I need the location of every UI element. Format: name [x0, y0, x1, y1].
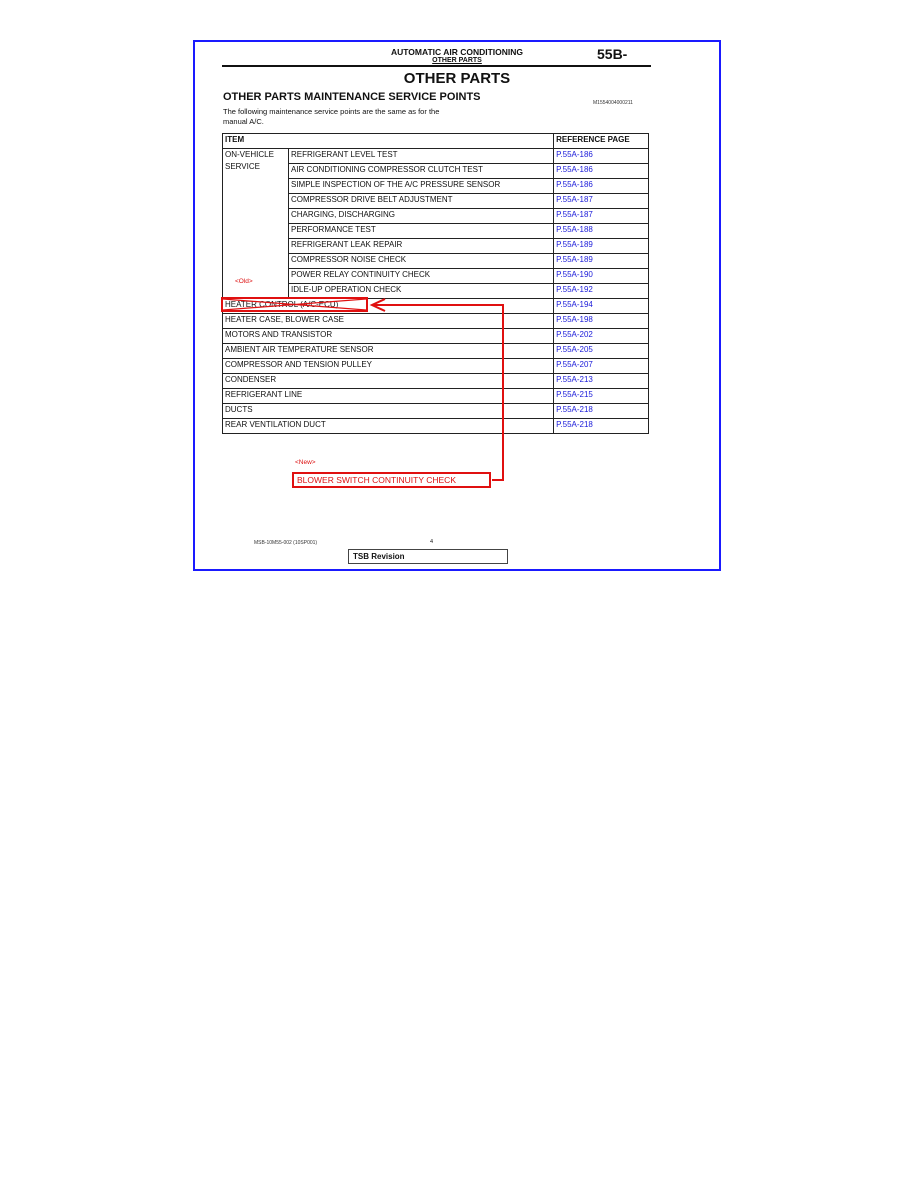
item-cell: CHARGING, DISCHARGING: [289, 209, 554, 224]
table-row: REAR VENTILATION DUCTP.55A-218: [223, 419, 649, 434]
footer-code: MSB-10M55-002 (10SP001): [254, 540, 317, 546]
intro-text: The following maintenance service points…: [223, 107, 453, 126]
item-cell: REAR VENTILATION DUCT: [223, 419, 554, 434]
header-title: AUTOMATIC AIR CONDITIONING: [195, 47, 719, 57]
new-label: <New>: [295, 459, 316, 466]
table-header-row: ITEM REFERENCE PAGE: [223, 134, 649, 149]
reference-link[interactable]: P.55A-218: [554, 419, 649, 434]
document-id: M1554004000211: [593, 100, 633, 106]
item-cell: SIMPLE INSPECTION OF THE A/C PRESSURE SE…: [289, 179, 554, 194]
section-number: 55B-: [597, 46, 627, 62]
item-cell: POWER RELAY CONTINUITY CHECK: [289, 269, 554, 284]
header-subtitle: OTHER PARTS: [195, 57, 719, 64]
table-row: CONDENSERP.55A-213: [223, 374, 649, 389]
old-label: <Old>: [235, 278, 253, 285]
item-cell: COMPRESSOR AND TENSION PULLEY: [223, 359, 554, 374]
item-cell: HEATER CASE, BLOWER CASE: [223, 314, 554, 329]
table-row: MOTORS AND TRANSISTORP.55A-202: [223, 329, 649, 344]
old-item-highlight: [221, 297, 368, 312]
reference-link[interactable]: P.55A-186: [554, 164, 649, 179]
item-cell: AIR CONDITIONING COMPRESSOR CLUTCH TEST: [289, 164, 554, 179]
item-cell: AMBIENT AIR TEMPERATURE SENSOR: [223, 344, 554, 359]
reference-link[interactable]: P.55A-194: [554, 299, 649, 314]
header-reference: REFERENCE PAGE: [554, 134, 649, 149]
item-cell: DUCTS: [223, 404, 554, 419]
reference-link[interactable]: P.55A-215: [554, 389, 649, 404]
table-body: ON-VEHICLE SERVICEREFRIGERANT LEVEL TEST…: [223, 149, 649, 434]
item-cell: REFRIGERANT LEAK REPAIR: [289, 239, 554, 254]
document-page: AUTOMATIC AIR CONDITIONING OTHER PARTS 5…: [193, 40, 721, 571]
reference-link[interactable]: P.55A-218: [554, 404, 649, 419]
tsb-revision-box: TSB Revision: [348, 549, 508, 564]
reference-link[interactable]: P.55A-202: [554, 329, 649, 344]
item-cell: MOTORS AND TRANSISTOR: [223, 329, 554, 344]
item-cell: COMPRESSOR NOISE CHECK: [289, 254, 554, 269]
reference-link[interactable]: P.55A-188: [554, 224, 649, 239]
reference-link[interactable]: P.55A-213: [554, 374, 649, 389]
section-title: OTHER PARTS MAINTENANCE SERVICE POINTS: [223, 91, 481, 103]
reference-link[interactable]: P.55A-189: [554, 239, 649, 254]
strikethrough-cross-icon: [223, 299, 366, 310]
table-row: COMPRESSOR AND TENSION PULLEYP.55A-207: [223, 359, 649, 374]
reference-link[interactable]: P.55A-186: [554, 149, 649, 164]
header-rule: [222, 65, 651, 67]
footer-page-number: 4: [430, 539, 433, 545]
reference-link[interactable]: P.55A-192: [554, 284, 649, 299]
reference-link[interactable]: P.55A-190: [554, 269, 649, 284]
item-cell: REFRIGERANT LINE: [223, 389, 554, 404]
table-row: REFRIGERANT LINEP.55A-215: [223, 389, 649, 404]
table-row: AMBIENT AIR TEMPERATURE SENSORP.55A-205: [223, 344, 649, 359]
table-row: DUCTSP.55A-218: [223, 404, 649, 419]
reference-link[interactable]: P.55A-205: [554, 344, 649, 359]
reference-link[interactable]: P.55A-198: [554, 314, 649, 329]
page-title: OTHER PARTS: [195, 70, 719, 87]
reference-link[interactable]: P.55A-186: [554, 179, 649, 194]
table-row: HEATER CASE, BLOWER CASEP.55A-198: [223, 314, 649, 329]
new-item-box: BLOWER SWITCH CONTINUITY CHECK: [292, 472, 491, 488]
item-cell: REFRIGERANT LEVEL TEST: [289, 149, 554, 164]
reference-link[interactable]: P.55A-187: [554, 209, 649, 224]
item-cell: PERFORMANCE TEST: [289, 224, 554, 239]
reference-link[interactable]: P.55A-187: [554, 194, 649, 209]
header-item: ITEM: [223, 134, 554, 149]
reference-link[interactable]: P.55A-189: [554, 254, 649, 269]
item-cell: COMPRESSOR DRIVE BELT ADJUSTMENT: [289, 194, 554, 209]
group-label: ON-VEHICLE SERVICE: [223, 149, 289, 299]
item-cell: CONDENSER: [223, 374, 554, 389]
reference-link[interactable]: P.55A-207: [554, 359, 649, 374]
service-points-table: ITEM REFERENCE PAGE ON-VEHICLE SERVICERE…: [222, 133, 649, 434]
table-row: ON-VEHICLE SERVICEREFRIGERANT LEVEL TEST…: [223, 149, 649, 164]
